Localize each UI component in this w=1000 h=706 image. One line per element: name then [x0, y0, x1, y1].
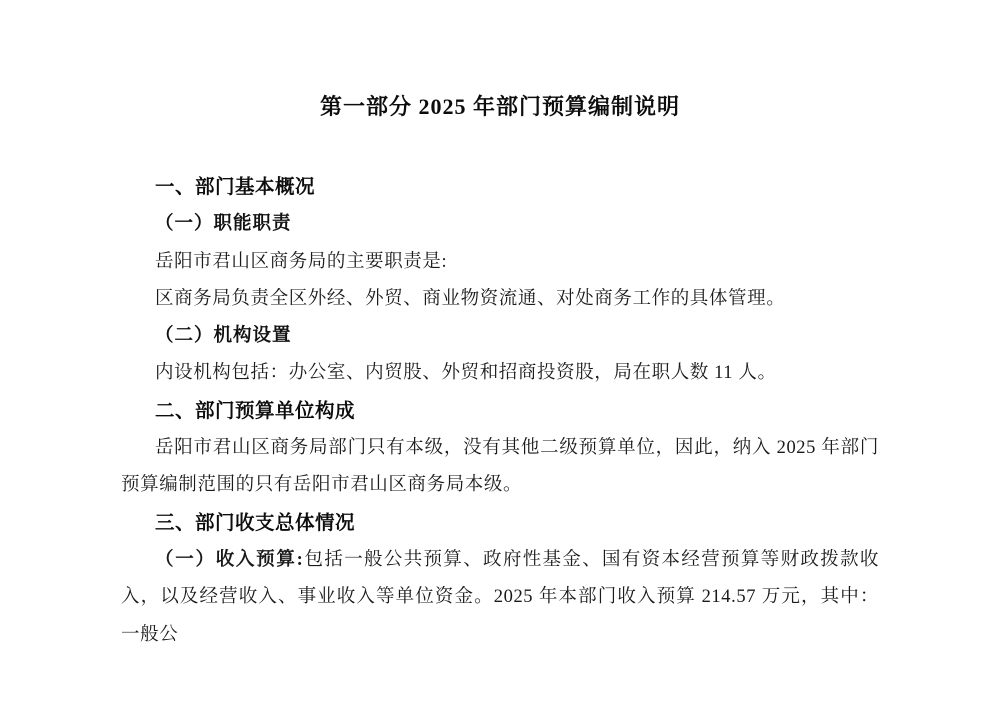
subheading-duties: （一）职能职责 — [121, 206, 879, 243]
income-budget-lead-label: （一）收入预算: — [155, 550, 304, 570]
heading-budget-unit-composition: 二、部门预算单位构成 — [121, 393, 879, 430]
heading-revenue-expenditure-overview: 三、部门收支总体情况 — [121, 505, 879, 542]
heading-dept-overview: 一、部门基本概况 — [121, 169, 879, 206]
section-dept-overview: 一、部门基本概况 （一）职能职责 岳阳市君山区商务局的主要职责是: 区商务局负责… — [121, 169, 879, 393]
paragraph-org-structure: 内设机构包括：办公室、内贸股、外贸和招商投资股，局在职人数 11 人。 — [121, 355, 879, 392]
section-budget-unit-composition: 二、部门预算单位构成 岳阳市君山区商务局部门只有本级，没有其他二级预算单位，因此… — [121, 393, 879, 505]
subheading-org-structure: （二）机构设置 — [121, 318, 879, 355]
paragraph-duties-intro: 岳阳市君山区商务局的主要职责是: — [121, 244, 879, 281]
document-body: 第一部分 2025 年部门预算编制说明 一、部门基本概况 （一）职能职责 岳阳市… — [0, 0, 1000, 654]
document-page: 第一部分 2025 年部门预算编制说明 一、部门基本概况 （一）职能职责 岳阳市… — [0, 0, 1000, 706]
paragraph-budget-unit-composition: 岳阳市君山区商务局部门只有本级，没有其他二级预算单位，因此，纳入 2025 年部… — [121, 430, 879, 505]
document-title: 第一部分 2025 年部门预算编制说明 — [121, 88, 879, 125]
paragraph-income-budget: （一）收入预算:包括一般公共预算、政府性基金、国有资本经营预算等财政拨款收入，以… — [121, 542, 879, 654]
section-revenue-expenditure-overview: 三、部门收支总体情况 （一）收入预算:包括一般公共预算、政府性基金、国有资本经营… — [121, 505, 879, 654]
paragraph-duties-detail: 区商务局负责全区外经、外贸、商业物资流通、对处商务工作的具体管理。 — [121, 281, 879, 318]
